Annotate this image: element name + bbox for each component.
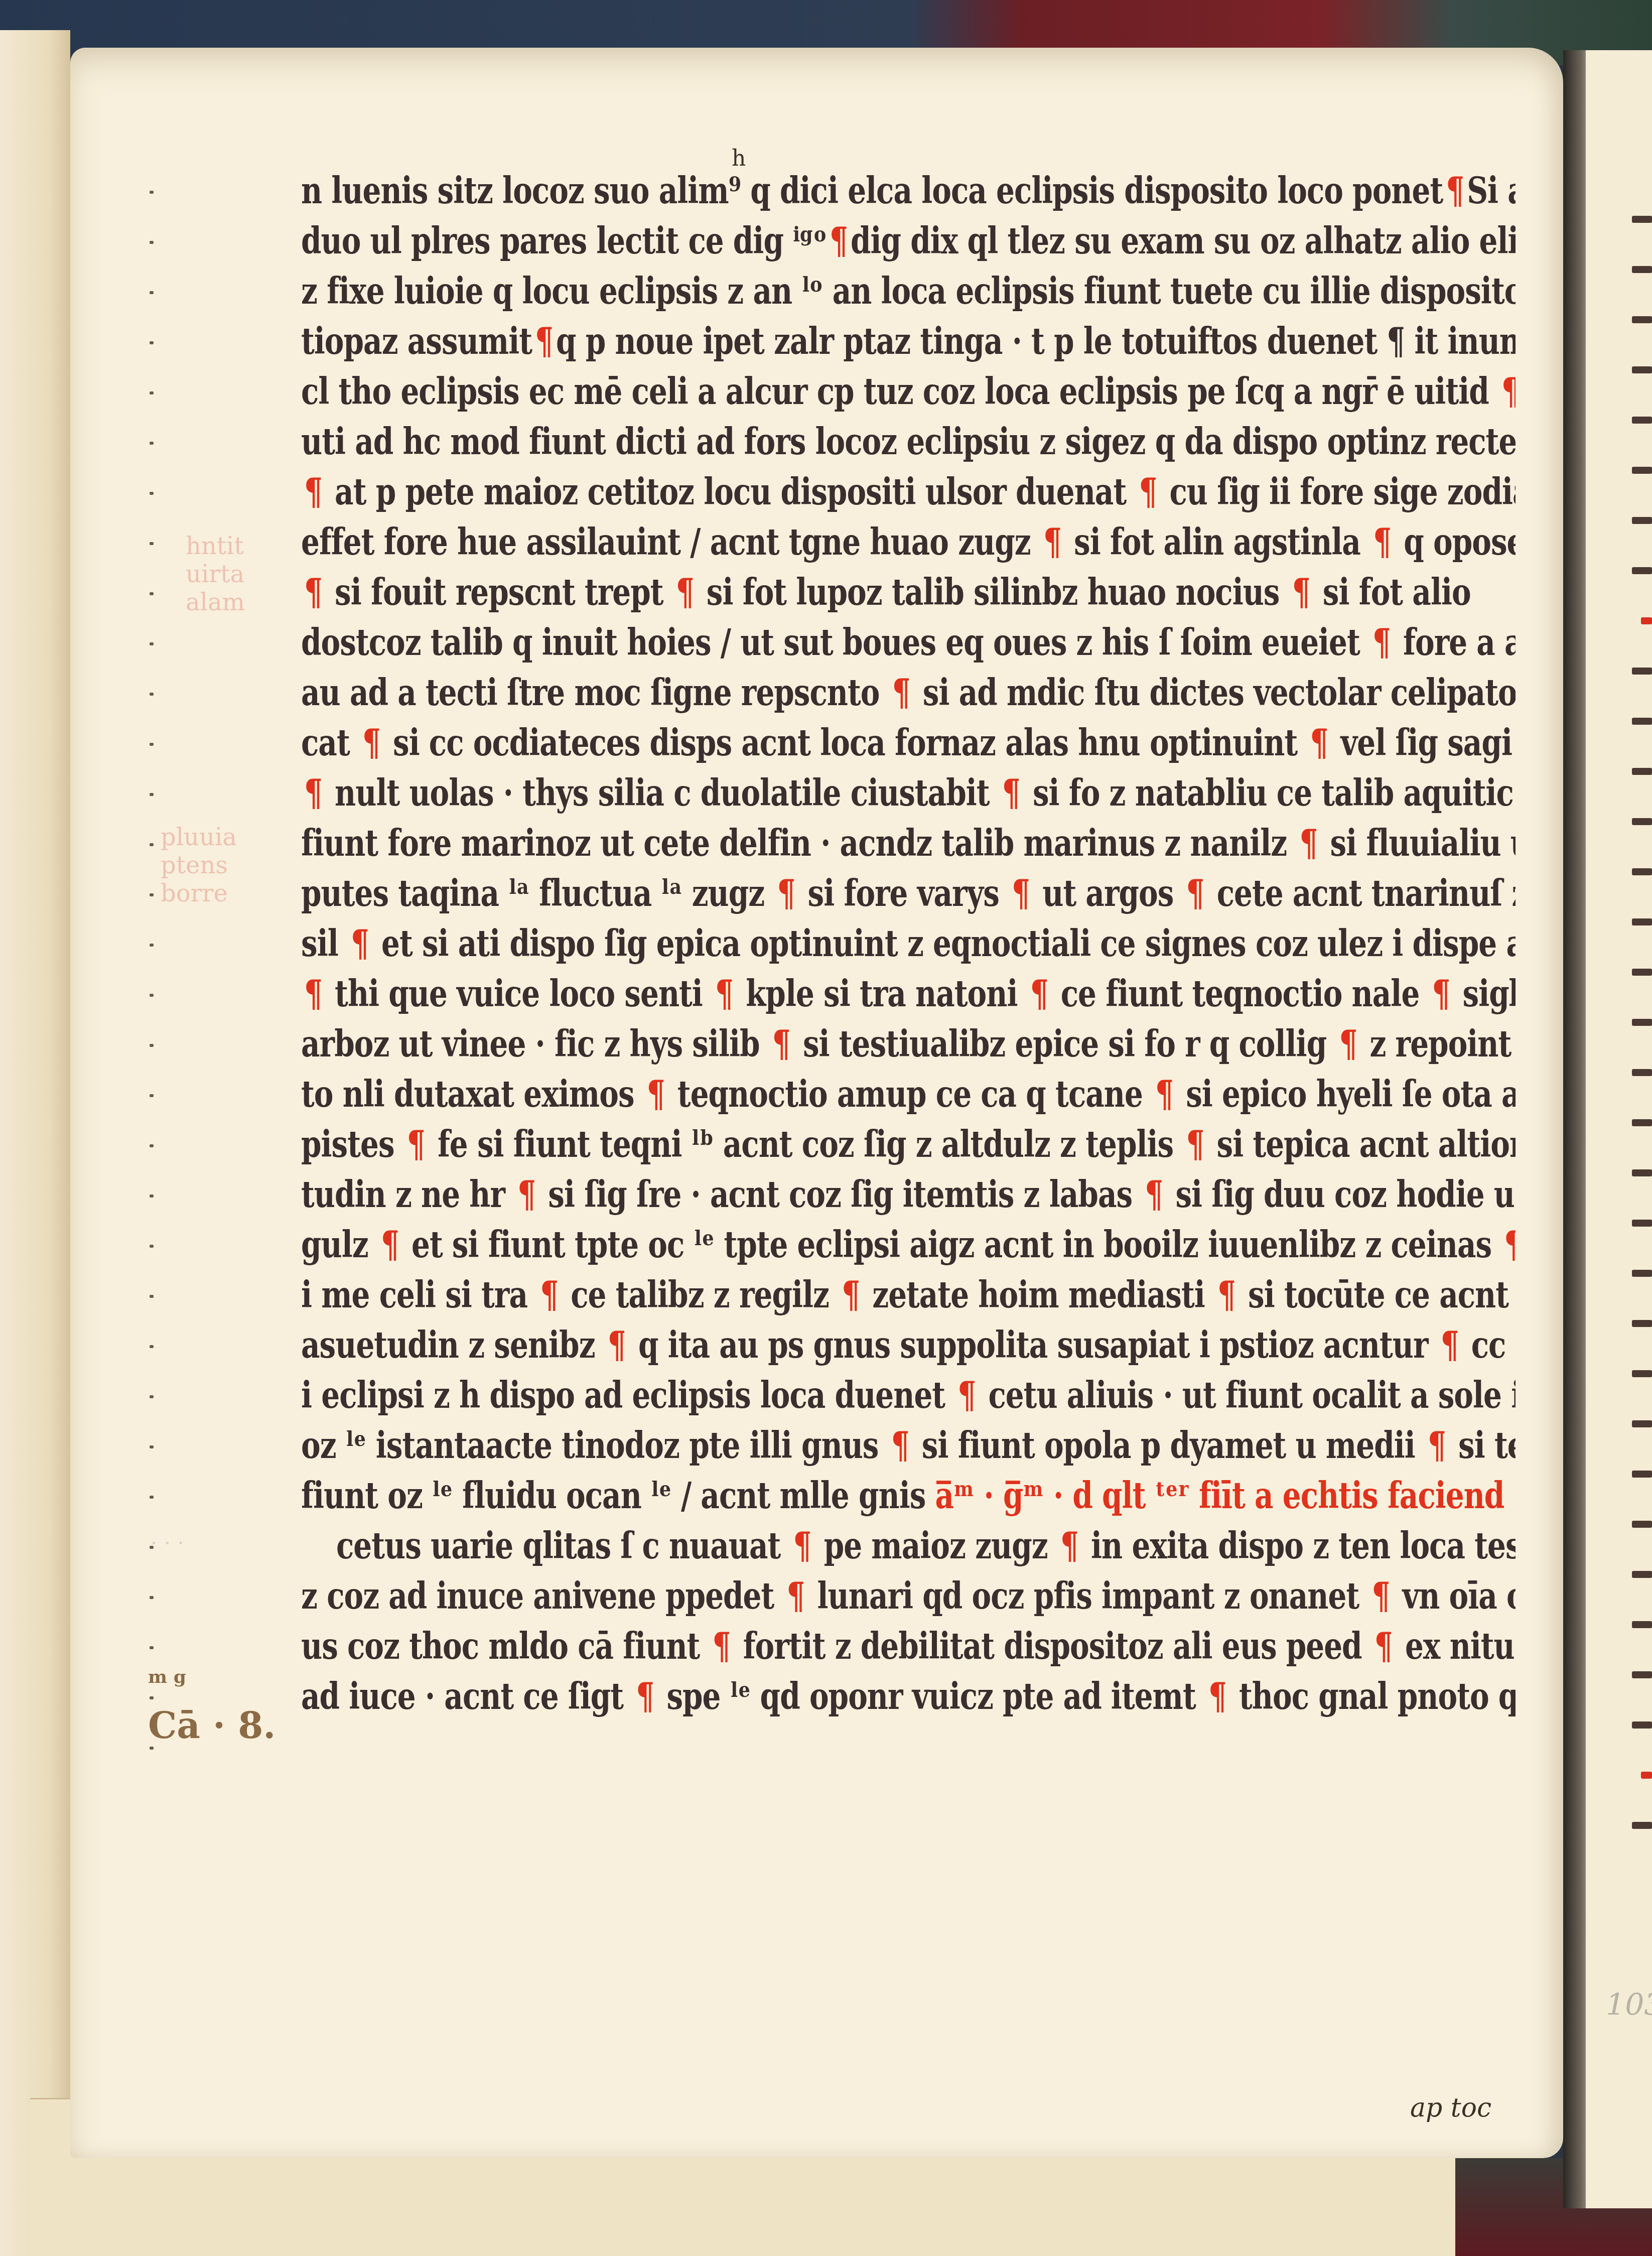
- line-text: ¶ si fouit repscnt trept ¶ si fot lupoz …: [301, 571, 1471, 614]
- line-text: putes taqina ˡᵃ fluctua ˡᵃ zugz ¶ si for…: [301, 872, 1516, 915]
- chapter-reference-text: Cā · 8.: [148, 1704, 276, 1747]
- pricking-mark: [150, 1646, 154, 1649]
- paragraph-mark-icon: ¶: [1002, 772, 1020, 815]
- paragraph-mark-icon: ¶: [715, 973, 733, 1015]
- pricking-mark: [150, 542, 154, 545]
- facing-page-line-fragment: [1632, 517, 1652, 524]
- facing-page-line-fragment: [1632, 868, 1652, 875]
- paragraph-mark-icon: ¶: [1446, 170, 1464, 212]
- paragraph-mark-icon: ¶: [304, 571, 322, 614]
- paragraph-mark-icon: ¶: [304, 471, 322, 513]
- paragraph-mark-icon: ¶: [1155, 1073, 1173, 1116]
- pricking-mark: [150, 693, 154, 696]
- paragraph-mark-icon: ¶: [777, 872, 795, 915]
- paragraph-mark-icon: ¶: [1292, 571, 1310, 614]
- pricking-mark: [150, 391, 154, 394]
- pricking-mark: [150, 793, 154, 796]
- ghost-note-line: pluuia: [161, 823, 237, 851]
- paragraph-mark-icon: ¶: [1504, 1224, 1516, 1266]
- facing-page-line-fragment: [1641, 1772, 1652, 1779]
- pricking-mark: [150, 442, 154, 445]
- pricking-mark: [150, 1747, 154, 1750]
- line-text: sil ¶ et si ati dispo ſig epica optinuin…: [301, 922, 1516, 965]
- paragraph-mark-icon: ¶: [362, 722, 380, 764]
- line-text: us coz thoc mldo cā fiunt ¶ fortit z deb…: [301, 1625, 1516, 1668]
- facing-page-line-fragment: [1632, 1169, 1652, 1176]
- facing-page-line-fragment: [1632, 366, 1652, 373]
- pricking-mark: [150, 592, 154, 595]
- paragraph-mark-icon: ¶: [647, 1073, 665, 1116]
- paragraph-mark-icon: ¶: [540, 1274, 558, 1316]
- pricking-mark: [150, 341, 154, 344]
- facing-page-line-fragment: [1632, 918, 1652, 925]
- line-text: asuetudin z senibz ¶ q ita au ps gnus su…: [301, 1324, 1516, 1367]
- line-text: ¶ at p pete maioz cetitoz locu dispositi…: [301, 471, 1516, 513]
- paragraph-mark-icon: ¶: [892, 672, 910, 714]
- paragraph-mark-icon: ¶: [1186, 872, 1204, 915]
- line-tail-text: q p noue ipet zalr ptaz tinga · t p le t…: [556, 320, 1516, 363]
- line-text: cetus uarie qlitas ſ c nuauat ¶ pe maioz…: [336, 1525, 1516, 1567]
- paragraph-mark-icon: ¶: [381, 1224, 399, 1266]
- line-text: z fixe luioie q locu eclipsis z an ˡᵒ an…: [301, 270, 1516, 313]
- facing-page-line-fragment: [1632, 316, 1652, 323]
- facing-folio-number: 103: [1606, 1987, 1652, 2023]
- line-text: dostcoz talib q inuit hoies / ut sut bou…: [301, 621, 1516, 664]
- line-text: cl tho eclipsis ec mē celi a alcur cp tu…: [301, 370, 1516, 413]
- paragraph-mark-icon: ¶: [830, 220, 848, 262]
- paragraph-mark-icon: ¶: [786, 1575, 804, 1618]
- pricking-mark: [150, 1496, 154, 1499]
- ghost-note-line: alam: [186, 588, 245, 616]
- paragraph-mark-icon: ¶: [1374, 1625, 1393, 1668]
- ghost-note-line: uirta: [186, 560, 245, 588]
- facing-page-line-fragment: [1641, 617, 1652, 624]
- pricking-mark: [150, 1596, 154, 1599]
- facing-page: [1586, 50, 1652, 2208]
- pricking-mark: [150, 1546, 154, 1549]
- paragraph-mark-icon: ¶: [1043, 521, 1061, 564]
- line-text: ad iuce · acnt ce ſigt ¶ spe ˡᵉ qd oponr…: [301, 1675, 1516, 1718]
- paragraph-mark-icon: ¶: [1060, 1525, 1078, 1567]
- line-text: oz ˡᵉ istantaacte tinodoz pte illi gnus …: [301, 1424, 1516, 1467]
- faded-red-margin-note-middle: pluuiaptensborre: [161, 823, 237, 907]
- facing-page-line-fragment: [1632, 1571, 1652, 1578]
- paragraph-mark-icon: ¶: [517, 1173, 535, 1216]
- paragraph-mark-icon: ¶: [793, 1525, 811, 1567]
- faded-grey-margin-note: · · ·: [151, 1531, 184, 1556]
- line-text: z coz ad inuce anivene ppedet ¶ lunari q…: [301, 1575, 1516, 1618]
- paragraph-mark-icon: ¶: [304, 772, 322, 815]
- line-text: pistes ¶ fe si fiunt teqni ˡᵇ acnt coz ſ…: [301, 1123, 1516, 1166]
- line-text: cat ¶ si cc ocdiateces disps acnt loca f…: [301, 722, 1516, 764]
- pricking-mark: [150, 1195, 154, 1198]
- paragraph-mark-icon: ¶: [1310, 722, 1328, 764]
- facing-page-line-fragment: [1632, 266, 1652, 273]
- rubric-heading: a̅ᵐ · g̅ᵐ · d qlt ᵗᵉʳ fiīt a echtis faci…: [925, 1475, 1504, 1517]
- facing-page-line-fragment: [1632, 718, 1652, 725]
- chapter-reference-note: m g Cā · 8.: [148, 1661, 276, 1747]
- line-text: gulz ¶ et si fiunt tpte oc ˡᵉ tpte eclip…: [301, 1224, 1516, 1266]
- line-text: ¶ thi que vuice loco senti ¶ kple si tra…: [301, 973, 1516, 1015]
- pricking-mark: [150, 191, 154, 194]
- paragraph-mark-icon: ¶: [772, 1023, 790, 1066]
- paragraph-mark-icon: ¶: [713, 1625, 731, 1668]
- pricking-mark: [150, 743, 154, 746]
- paragraph-mark-icon: ¶: [957, 1374, 976, 1417]
- paragraph-mark-icon: ¶: [1501, 370, 1516, 413]
- line-text: duo ul plres pares lectit ce dig ⁱᵍᵒ: [301, 220, 827, 262]
- paragraph-mark-icon: ¶: [1441, 1324, 1459, 1367]
- paragraph-mark-icon: ¶: [1373, 521, 1391, 564]
- paragraph-mark-icon: ¶: [1186, 1123, 1204, 1166]
- pricking-mark: [150, 1144, 154, 1147]
- pricking-mark: [150, 291, 154, 294]
- paragraph-mark-icon: ¶: [1208, 1675, 1226, 1718]
- facing-page-line-fragment: [1632, 417, 1652, 424]
- paragraph-mark-icon: ¶: [1428, 1424, 1446, 1467]
- ghost-note-line: hntit: [186, 532, 245, 560]
- paragraph-mark-icon: ¶: [1372, 621, 1391, 664]
- facing-page-line-fragment: [1632, 768, 1652, 775]
- facing-page-line-fragment: [1632, 1521, 1652, 1528]
- pricking-mark: [150, 1345, 154, 1348]
- pricking-mark: [150, 1696, 154, 1699]
- manuscript-line: ad iuce · acnt ce ſigt ¶ spe ˡᵉ qd oponr…: [301, 1665, 1516, 1728]
- line-text: fiunt oz ˡᵉ fluidu ocan ˡᵉ / acnt mlle g…: [301, 1475, 925, 1517]
- facing-page-line-fragment: [1632, 1270, 1652, 1277]
- paragraph-mark-icon: ¶: [608, 1324, 626, 1367]
- paragraph-mark-icon: ¶: [891, 1424, 909, 1467]
- paragraph-mark-icon: ¶: [1371, 1575, 1390, 1618]
- paragraph-mark-icon: ¶: [636, 1675, 654, 1718]
- facing-page-line-fragment: [1632, 1822, 1652, 1829]
- facing-page-line-fragment: [1632, 1671, 1652, 1678]
- pricking-mark: [150, 1295, 154, 1298]
- chapter-superscript: m g: [148, 1666, 186, 1687]
- facing-page-line-fragment: [1632, 1721, 1652, 1729]
- pricking-mark: [150, 944, 154, 947]
- pricking-mark: [150, 642, 154, 645]
- paragraph-mark-icon: ¶: [351, 922, 369, 965]
- line-text: uti ad hc mod fiunt dicti ad fors locoz …: [301, 421, 1516, 463]
- paragraph-mark-icon: ¶: [1030, 973, 1048, 1015]
- facing-page-line-fragment: [1632, 1621, 1652, 1628]
- line-text: arboz ut vinee · fic z hys silib ¶ si te…: [301, 1023, 1516, 1066]
- pricking-mark: [150, 241, 154, 244]
- facing-page-line-fragment: [1632, 1370, 1652, 1377]
- paragraph-mark-icon: ¶: [535, 320, 553, 363]
- paragraph-mark-icon: ¶: [1432, 973, 1450, 1015]
- ghost-note-line: borre: [161, 879, 237, 907]
- preceding-leaves-edge: [0, 30, 70, 2256]
- line-text: effet fore hue assilauint / acnt tgne hu…: [301, 521, 1516, 564]
- faded-red-margin-note-upper: hntituirtaalam: [186, 532, 245, 616]
- facing-page-line-fragment: [1632, 1420, 1652, 1427]
- pricking-mark: [150, 1395, 154, 1398]
- pricking-mark: [150, 843, 154, 846]
- paragraph-mark-icon: ¶: [407, 1123, 425, 1166]
- line-text: au ad a tecti ſtre moc ſigne repscnto ¶ …: [301, 672, 1516, 714]
- line-text: n luenis sitz locoz suo alim⁹ q dici elc…: [301, 170, 1443, 212]
- pricking-mark: [150, 994, 154, 997]
- facing-page-line-fragment: [1632, 1069, 1652, 1076]
- pricking-mark: [150, 1245, 154, 1248]
- paragraph-mark-icon: ¶: [1139, 471, 1157, 513]
- line-text: ¶ nult uolas · thys silia c duolatile ci…: [301, 772, 1516, 815]
- facing-page-line-fragment: [1632, 1320, 1652, 1327]
- facing-page-line-fragment: [1632, 467, 1652, 474]
- facing-page-line-fragment: [1632, 567, 1652, 574]
- paragraph-mark-icon: ¶: [1145, 1173, 1163, 1216]
- paragraph-mark-icon: ¶: [1300, 822, 1318, 865]
- line-text: tiopaz assumit: [301, 320, 532, 363]
- line-text: to nli dutaxat eximos ¶ teqnoctio amup c…: [301, 1073, 1516, 1116]
- line-tail-text: dig dix ql tlez su exam su oz alhatz ali…: [851, 220, 1516, 262]
- facing-page-line-fragment: [1632, 216, 1652, 223]
- paragraph-mark-icon: ¶: [304, 973, 322, 1015]
- facing-page-line-fragment: [1632, 1471, 1652, 1478]
- facing-page-line-fragment: [1632, 969, 1652, 976]
- facing-page-line-fragment: [1632, 1220, 1652, 1227]
- main-text-block: n luenis sitz locoz suo alim⁹ q dici elc…: [301, 166, 1516, 1721]
- pricking-mark: [150, 492, 154, 495]
- paragraph-mark-icon: ¶: [676, 571, 694, 614]
- facing-page-line-fragment: [1632, 818, 1652, 825]
- paragraph-mark-icon: ¶: [1012, 872, 1030, 915]
- line-tail-text: Si a dul: [1467, 170, 1516, 212]
- catchword: ap toc: [1410, 2093, 1491, 2123]
- facing-page-line-fragment: [1632, 668, 1652, 675]
- pricking-mark: [150, 1044, 154, 1047]
- ghost-note-line: ptens: [161, 851, 237, 879]
- pricking-mark: [150, 1445, 154, 1448]
- paragraph-mark-icon: ¶: [842, 1274, 860, 1316]
- paragraph-mark-icon: ¶: [1217, 1274, 1235, 1316]
- paragraph-mark-icon: ¶: [1339, 1023, 1357, 1066]
- line-text: i me celi si tra ¶ ce talibz z regilz ¶ …: [301, 1274, 1516, 1316]
- line-text: i eclipsi z h dispo ad eclipsis loca due…: [301, 1374, 1516, 1417]
- line-text: tudin z ne hr ¶ si ſig ſre · acnt coz ſi…: [301, 1173, 1516, 1216]
- pricking-mark: [150, 1094, 154, 1097]
- pricking-mark: [150, 893, 154, 896]
- facing-page-line-fragment: [1632, 1019, 1652, 1026]
- facing-page-line-fragment: [1632, 1119, 1652, 1126]
- line-text: fiunt fore marinoz ut cete delfin · acnd…: [301, 822, 1516, 865]
